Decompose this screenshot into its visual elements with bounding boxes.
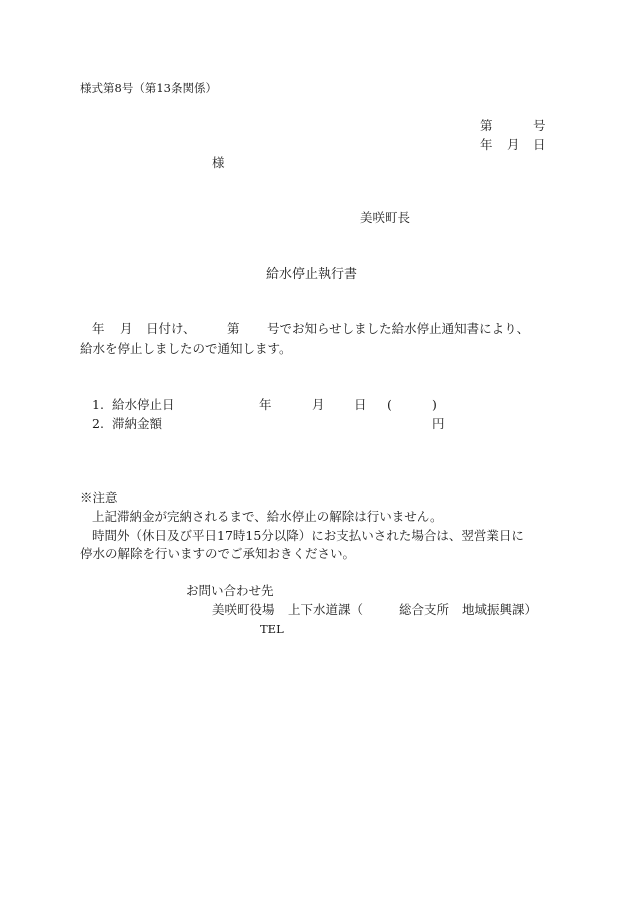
document-title: 給水停止執行書 — [266, 267, 357, 283]
body-rest: 号でお知らせしました給水停止通知書により、 — [267, 321, 529, 337]
contact-tel-label: TEL — [260, 621, 284, 637]
contact-heading: お問い合わせ先 — [186, 583, 274, 599]
addressee-suffix: 様 — [212, 155, 225, 171]
notice-line2: 時間外（休日及び平日17時15分以降）にお支払いされた場合は、翌営業日に — [92, 528, 524, 544]
date-year: 年 — [480, 137, 493, 153]
date-day: 日 — [533, 137, 546, 153]
item-1-num: 1. — [92, 397, 104, 413]
contact-branch-dept: 地域振興課） — [462, 602, 537, 618]
item-1-paren-open: ( — [387, 397, 392, 413]
number-prefix: 第 — [480, 118, 493, 134]
body-day: 日付け、 — [146, 321, 196, 337]
item-1-day: 日 — [354, 397, 367, 413]
item-2-unit: 円 — [432, 416, 445, 432]
body-no-prefix: 第 — [227, 321, 240, 337]
date-month: 月 — [507, 137, 520, 153]
form-label: 様式第8号（第13条関係） — [80, 80, 217, 96]
body-year: 年 — [92, 321, 105, 337]
item-1-year: 年 — [259, 397, 272, 413]
item-2-label: 滞納金額 — [112, 416, 162, 432]
contact-branch: 総合支所 — [399, 602, 449, 618]
number-suffix: 号 — [533, 118, 546, 134]
item-1-label: 給水停止日 — [112, 397, 175, 413]
item-1-month: 月 — [312, 397, 325, 413]
notice-line3: 停水の解除を行いますのでご承知おきください。 — [80, 546, 355, 562]
body-month: 月 — [120, 321, 133, 337]
contact-office: 美咲町役場 — [212, 602, 275, 618]
contact-dept: 上下水道課（ — [288, 602, 363, 618]
notice-line1: 上記滞納金が完納されるまで、給水停止の解除は行いません。 — [92, 509, 443, 525]
notice-heading: ※注意 — [80, 490, 118, 506]
item-1-paren-close: ) — [432, 397, 437, 413]
item-2-num: 2. — [92, 416, 104, 432]
issuer: 美咲町長 — [360, 210, 410, 226]
body-line2: 給水を停止しましたので通知します。 — [80, 341, 292, 357]
